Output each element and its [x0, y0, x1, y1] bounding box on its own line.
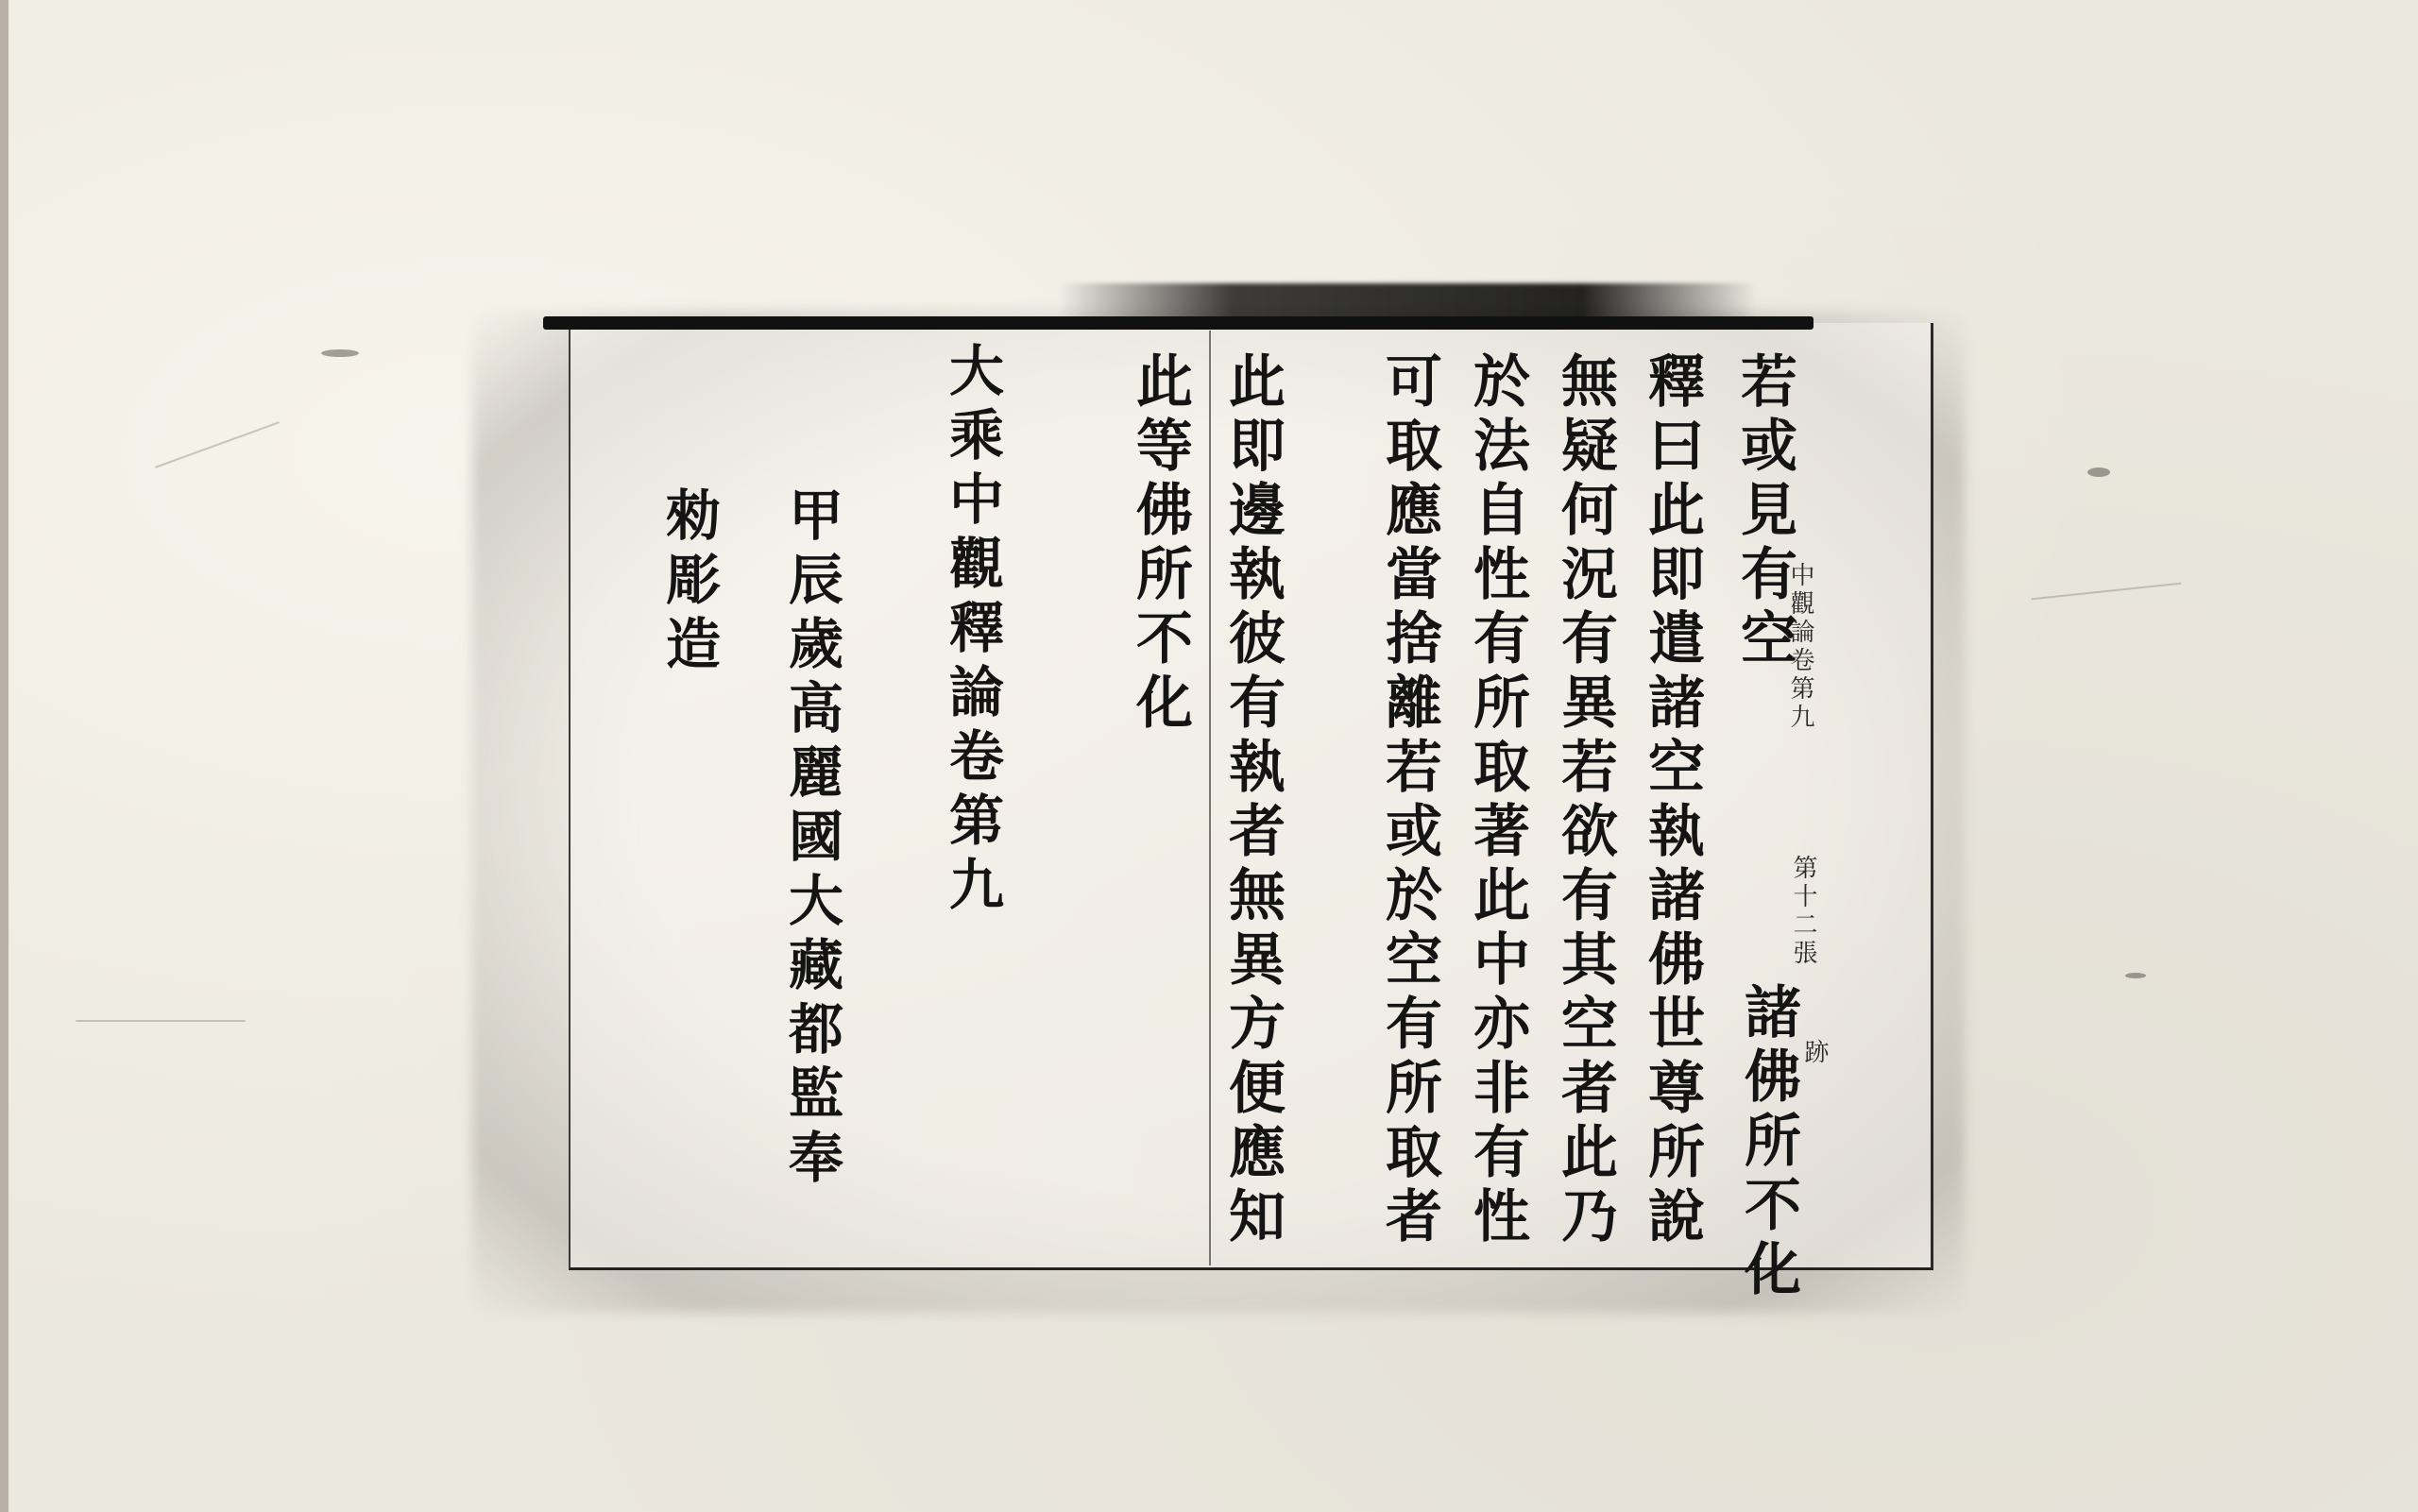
text-column-3: 無疑何況有異若欲有其空者此乃: [1557, 351, 1613, 1250]
text-column-2: 釋曰此即遣諸空執諸佛世尊所說: [1643, 351, 1700, 1250]
paper-fiber: [76, 1020, 246, 1022]
top-border-rule: [543, 316, 1813, 330]
colophon-line-2: 勑彫造: [661, 486, 716, 679]
paper-smudge: [2087, 467, 2110, 477]
text-column-6: 此即邊執彼有執者無異方便應知: [1224, 351, 1281, 1250]
text-column-5: 可取應當捨離若或於空有所取者: [1381, 351, 1438, 1250]
title-column: 大乘中觀釋論卷第九: [945, 342, 999, 920]
marginal-sheet-number: 第十二張: [1791, 855, 1815, 968]
top-border-ink-bleed: [1058, 283, 1757, 321]
text-column-7: 此等佛所不化: [1132, 351, 1188, 737]
paper-smudge: [321, 349, 359, 357]
text-column-1-continuation: 諸佛所不化: [1740, 982, 1796, 1303]
mount-edge-strip: [0, 0, 9, 1512]
text-column-1: 若或見有空: [1736, 351, 1793, 672]
center-fold-line: [1209, 331, 1211, 1266]
paper-smudge: [2125, 973, 2146, 978]
marginal-carver-mark: 跡: [1802, 1039, 1827, 1067]
marginal-volume-label: 中觀論卷第九: [1788, 562, 1813, 732]
text-column-4: 於法自性有所取著此中亦非有性: [1469, 351, 1525, 1250]
colophon-line-1: 甲辰歲高麗國大藏都監奉: [784, 486, 839, 1193]
